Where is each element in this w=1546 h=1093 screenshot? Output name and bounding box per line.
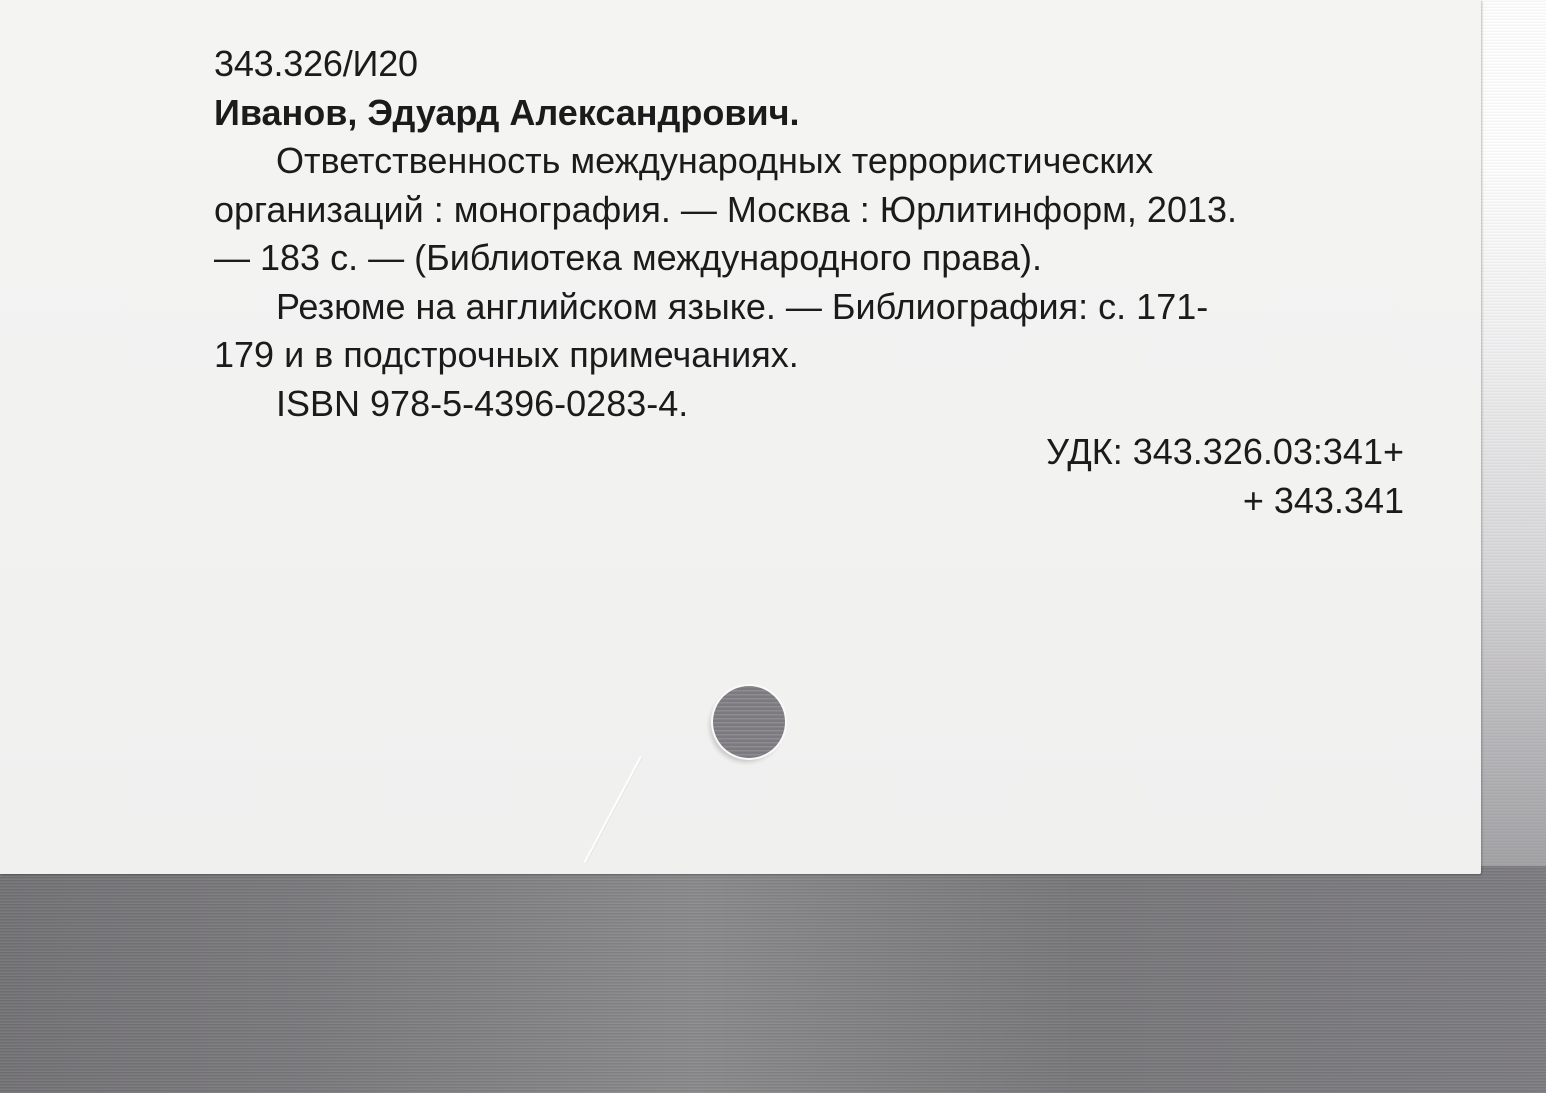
- notes-line: Резюме на английском языке. — Библиограф…: [276, 286, 1208, 327]
- title-line: Ответственность международных террористи…: [276, 140, 1153, 181]
- notes: Резюме на английском языке. — Библиограф…: [214, 283, 1404, 380]
- punch-hole: [713, 686, 785, 758]
- author-heading: Иванов, Эдуард Александрович.: [214, 89, 1404, 138]
- card-content: 343.326/И20 Иванов, Эдуард Александрович…: [214, 40, 1404, 525]
- notes-line: 179 и в подстрочных примечаниях.: [214, 334, 799, 375]
- title-line: — 183 с. — (Библиотека международного пр…: [214, 237, 1042, 278]
- udk-line: + 343.341: [214, 477, 1404, 526]
- udk-classification: УДК: 343.326.03:341+ + 343.341: [214, 428, 1404, 525]
- isbn: ISBN 978-5-4396-0283-4.: [214, 380, 1404, 429]
- scanner-edge-strip: [1481, 0, 1546, 866]
- title-description: Ответственность международных террористи…: [214, 137, 1404, 283]
- udk-line: УДК: 343.326.03:341+: [214, 428, 1404, 477]
- scanner-background: [0, 866, 1546, 1093]
- call-number: 343.326/И20: [214, 40, 1404, 89]
- title-line: организаций : монография. — Москва : Юрл…: [214, 189, 1237, 230]
- library-catalog-card: 343.326/И20 Иванов, Эдуард Александрович…: [0, 0, 1481, 874]
- paper-crease: [584, 756, 642, 863]
